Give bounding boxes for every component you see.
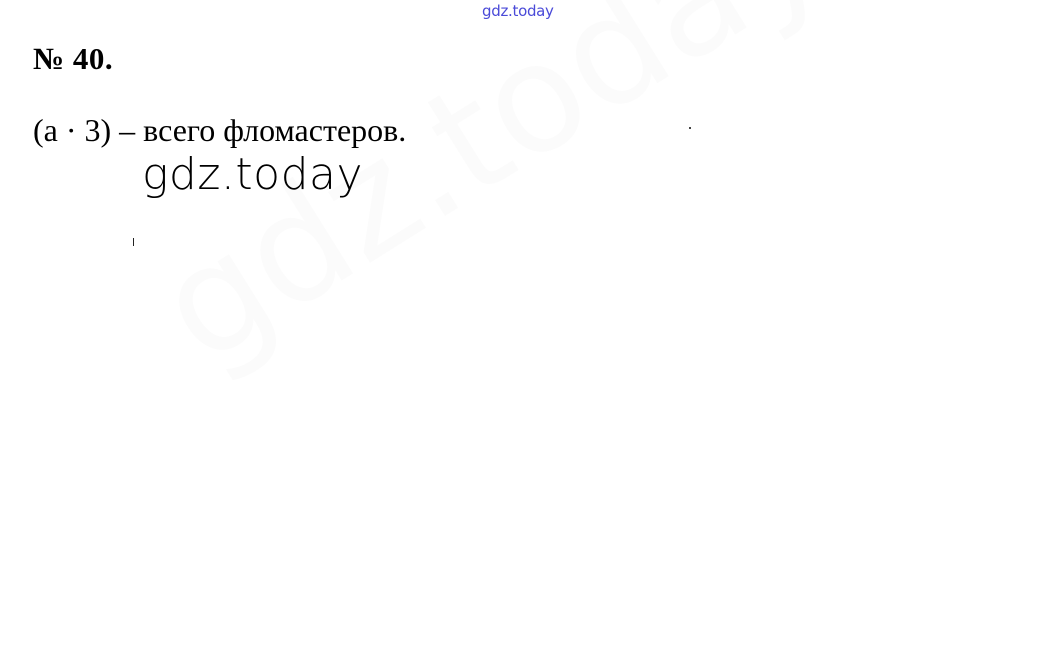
answer-text: (a · 3) – всего фломастеров. xyxy=(33,112,406,149)
problem-number: № 40. xyxy=(33,41,113,77)
scan-artifact xyxy=(133,238,134,246)
site-watermark-top: gdz.today xyxy=(482,2,554,20)
scan-artifact-dot xyxy=(689,127,691,129)
site-watermark-inline: gdz.today xyxy=(142,149,363,200)
